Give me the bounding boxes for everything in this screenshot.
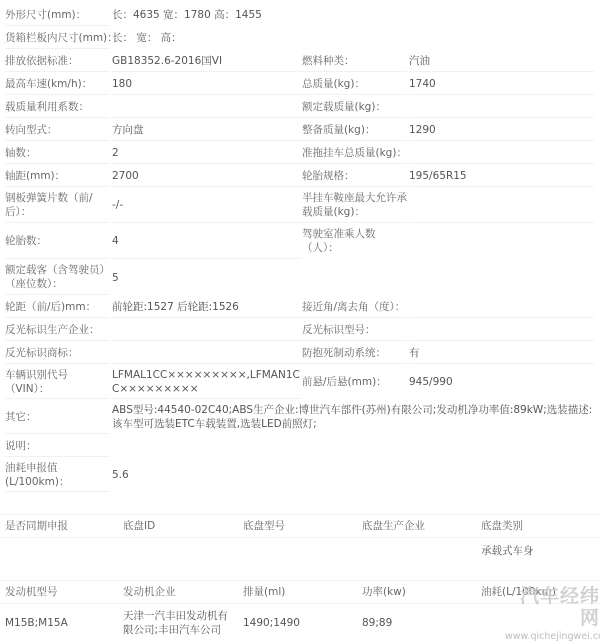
- spec-value-leaf-springs: -/-: [112, 188, 302, 223]
- chassis-cell-model: [243, 540, 353, 562]
- spec-value-curb-weight: 1290: [409, 119, 594, 141]
- spec-label-fuel-type: 燃料种类：: [302, 50, 407, 72]
- spec-value-fifth-wheel-load: [409, 188, 594, 223]
- spec-label-fuel-consumption: 油耗申报值(L/100km)：: [5, 458, 110, 492]
- engine-header-power: 功率(kw): [362, 580, 472, 604]
- spec-label-seating: 额定载客（含驾驶员）（座位数）：: [5, 260, 110, 295]
- spec-label-other: 其它：: [5, 400, 110, 434]
- spec-value-overhang: 945/990: [409, 365, 594, 399]
- chassis-header-id: 底盘ID: [123, 514, 233, 538]
- spec-label-load-utilization: 载质量利用系数：: [5, 96, 110, 118]
- spec-value-tire-spec: 195/65R15: [409, 165, 594, 187]
- chassis-header-model: 底盘型号: [243, 514, 353, 538]
- spec-value-approach-departure: [409, 296, 594, 318]
- spec-value-load-utilization: [112, 96, 302, 118]
- spec-label-dimensions: 外形尺寸(mm)：: [5, 4, 110, 26]
- spec-value-reflector-maker: [112, 319, 302, 341]
- chassis-header-concurrent: 是否同期申报: [5, 514, 115, 538]
- spec-value-fuel-type: 汽油: [409, 50, 594, 72]
- spec-value-dimensions: 长：4635 宽：1780 高：1455: [112, 4, 372, 26]
- watermark-url: www.qichejingwei.com: [505, 631, 600, 643]
- spec-value-steering: 方向盘: [112, 119, 302, 141]
- watermark-name: 汽车经纬网: [505, 585, 600, 629]
- spec-value-axle-count: 2: [112, 142, 302, 164]
- spec-label-fifth-wheel-load: 半挂车鞍座最大允许承载质量(kg)：: [302, 188, 407, 223]
- engine-cell-manufacturer: 天津一汽丰田发动机有限公司;丰田汽车公司: [123, 606, 238, 640]
- spec-label-cargo-dimensions: 货箱栏板内尺寸(mm)：: [5, 27, 110, 49]
- spec-label-steering: 转向型式：: [5, 119, 110, 141]
- spec-value-gross-mass: 1740: [409, 73, 594, 95]
- spec-label-trailer-mass: 准拖挂车总质量(kg)：: [302, 142, 407, 164]
- spec-label-leaf-springs: 钢板弹簧片数（前/后）：: [5, 188, 110, 223]
- spec-value-wheelbase: 2700: [112, 165, 302, 187]
- spec-label-max-speed: 最高车速(km/h)：: [5, 73, 110, 95]
- spec-label-tire-count: 轮胎数：: [5, 224, 110, 259]
- spec-label-gross-mass: 总质量(kg)：: [302, 73, 407, 95]
- spec-label-rated-load: 额定载质量(kg)：: [302, 96, 407, 118]
- spec-value-tire-count: 4: [112, 224, 302, 259]
- spec-value-trailer-mass: [409, 142, 594, 164]
- spec-value-reflector-model: [409, 319, 594, 341]
- spec-label-emission-standard: 排放依据标准：: [5, 50, 110, 72]
- engine-cell-displacement: 1490;1490: [243, 606, 353, 640]
- spec-value-cab-capacity: [409, 224, 594, 259]
- spec-value-track-width: 前轮距:1527 后轮距:1526: [112, 296, 302, 318]
- chassis-cell-concurrent: [5, 540, 115, 562]
- chassis-cell-id: [123, 540, 233, 562]
- spec-label-curb-weight: 整备质量(kg)：: [302, 119, 407, 141]
- spec-label-track-width: 轮距（前/后)mm：: [5, 296, 110, 318]
- spec-label-abs: 防抱死制动系统：: [302, 342, 407, 364]
- chassis-header-category: 底盘类别: [481, 514, 591, 538]
- spec-label-wheelbase: 轴距(mm)：: [5, 165, 110, 187]
- spec-value-notes: [112, 435, 302, 457]
- spec-label-approach-departure: 接近角/离去角（度）：: [302, 296, 407, 318]
- spec-label-reflector-maker: 反光标识生产企业：: [5, 319, 110, 341]
- engine-header-manufacturer: 发动机企业: [123, 580, 233, 604]
- chassis-cell-manufacturer: [362, 540, 472, 562]
- spec-label-overhang: 前悬/后悬(mm)：: [302, 365, 407, 399]
- engine-cell-power: 89;89: [362, 606, 472, 640]
- spec-value-vin: LFMAL1CC×××××××××,LFMAN1CC×××××××××: [112, 365, 302, 399]
- chassis-header-manufacturer: 底盘生产企业: [362, 514, 472, 538]
- engine-header-model: 发动机型号: [5, 580, 115, 604]
- spec-label-cab-capacity: 驾驶室准乘人数（人）：: [302, 224, 407, 259]
- spec-value-other: ABS型号:44540-02C40;ABS生产企业:博世汽车部件(苏州)有限公司…: [112, 400, 597, 434]
- site-watermark: 汽车经纬网 www.qichejingwei.com: [505, 585, 600, 643]
- spec-value-fuel-consumption: 5.6: [112, 458, 302, 492]
- engine-cell-model: M15B;M15A: [5, 606, 115, 640]
- spec-value-reflector-brand: [112, 342, 302, 364]
- spec-label-reflector-model: 反光标识型号：: [302, 319, 407, 341]
- spec-value-rated-load: [409, 96, 594, 118]
- spec-value-max-speed: 180: [112, 73, 302, 95]
- spec-value-emission-standard: GB18352.6-2016国VI: [112, 50, 302, 72]
- chassis-cell-category: 承载式车身: [481, 540, 591, 562]
- spec-value-cargo-dimensions: 长： 宽： 高：: [112, 27, 312, 49]
- spec-label-axle-count: 轴数：: [5, 142, 110, 164]
- spec-label-reflector-brand: 反光标识商标：: [5, 342, 110, 364]
- spec-label-notes: 说明：: [5, 435, 110, 457]
- spec-label-tire-spec: 轮胎规格：: [302, 165, 407, 187]
- spec-value-seating: 5: [112, 260, 302, 295]
- spec-value-abs: 有: [409, 342, 594, 364]
- spec-label-vin: 车辆识别代号（VIN）：: [5, 365, 110, 399]
- engine-header-displacement: 排量(ml): [243, 580, 353, 604]
